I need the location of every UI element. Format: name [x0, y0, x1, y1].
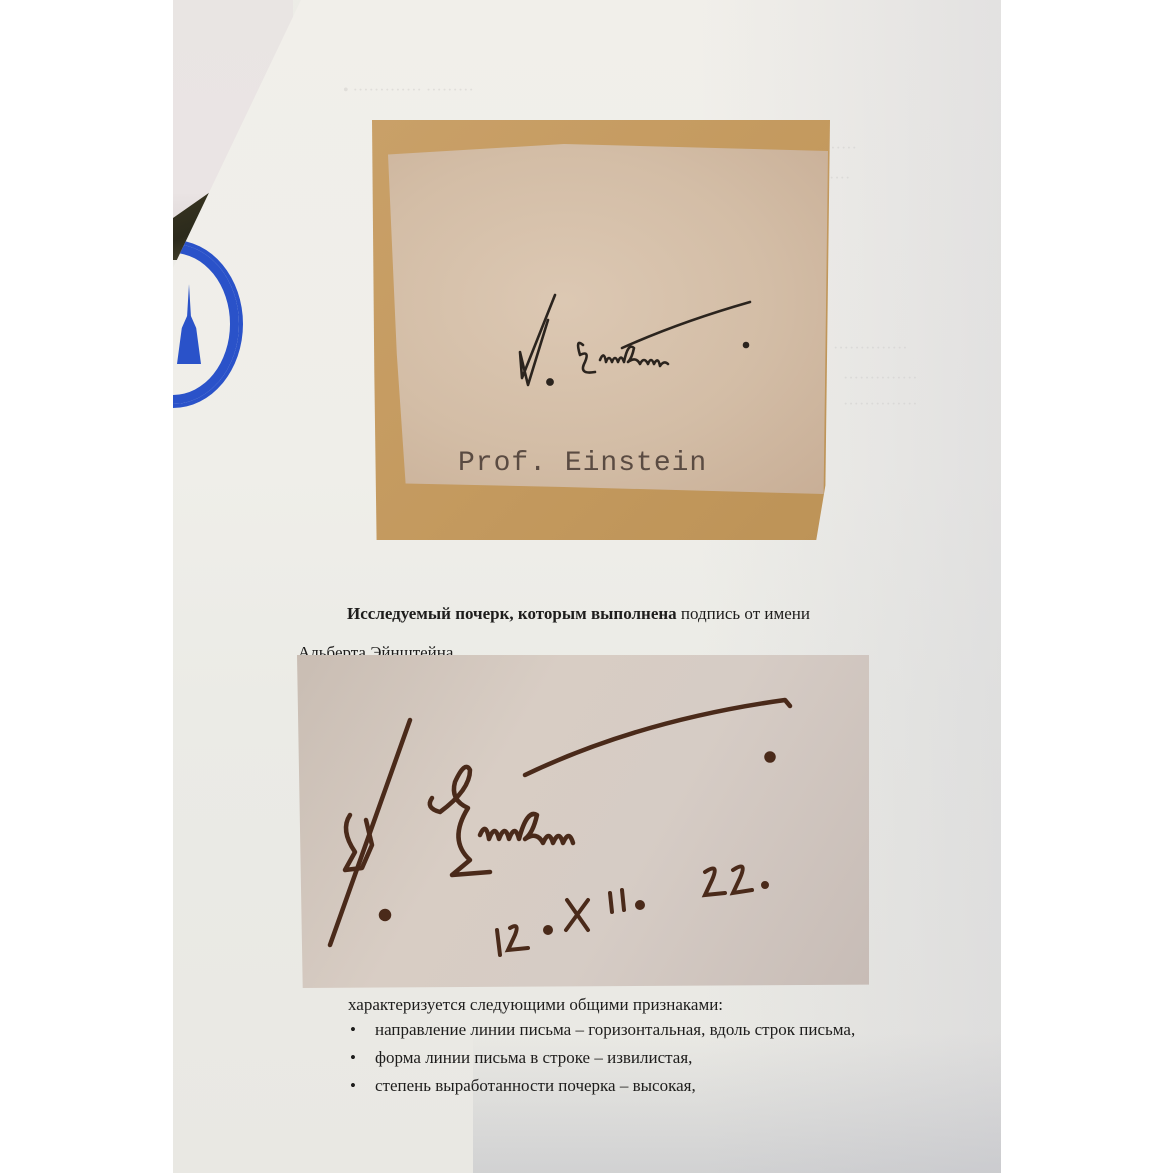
tower-emblem-icon — [177, 284, 201, 364]
bleed-through-text: ·············· — [843, 370, 918, 388]
exhibit-caption-line-1: Исследуемый почерк, которым выполнена по… — [347, 604, 810, 624]
feature-item: •направление линии письма – горизонтальн… — [345, 1020, 855, 1048]
bullet: • — [350, 1048, 356, 1068]
bleed-through-text: ·············· — [833, 340, 908, 358]
caption-bold: Исследуемый почерк, которым выполнена — [347, 604, 677, 623]
bleed-through-text: ·············· — [843, 396, 918, 414]
caption-regular: подпись от имени — [677, 604, 810, 623]
features-list: •направление линии письма – горизонтальн… — [345, 1020, 855, 1104]
bullet: • — [350, 1020, 356, 1040]
round-seal-stamp — [173, 240, 243, 408]
feature-item: •форма линии письма в строке – извилиста… — [345, 1048, 855, 1076]
exhibit-1-typed-label: Prof. Einstein — [458, 448, 707, 479]
bullet: • — [350, 1076, 356, 1096]
features-intro: характеризуется следующими общими призна… — [348, 995, 723, 1015]
feature-item: •степень выработанности почерка – высока… — [345, 1076, 855, 1104]
exhibit-1-paper-slip — [388, 144, 828, 494]
exhibit-2-handwriting-photo — [297, 655, 869, 988]
bleed-through-text: • ············· ········· — [343, 82, 474, 100]
